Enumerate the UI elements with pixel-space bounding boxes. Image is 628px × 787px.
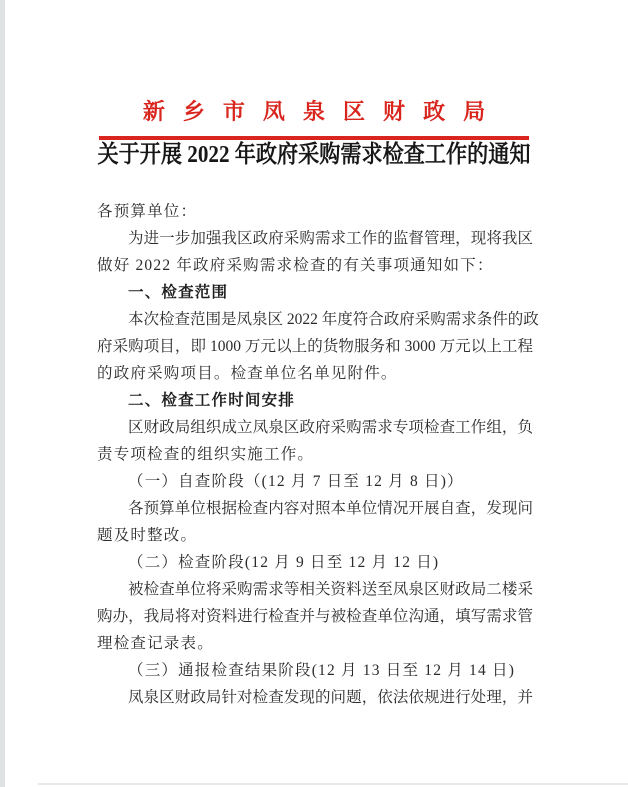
section-1-line-3: 的政府采购项目。检查单位名单见附件。 <box>97 360 533 387</box>
section-2-line-2: 责专项检查的组织实施工作。 <box>97 441 533 468</box>
section-2-heading: 二、检查工作时间安排 <box>97 387 533 414</box>
section-1-line-2: 府采购项目，即 1000 万元以上的货物服务和 3000 万元以上工程 <box>97 333 533 360</box>
phase-2-line-2: 购办，我局将对资料进行检查并与被检查单位沟通，填写需求管 <box>97 603 533 630</box>
section-1-heading: 一、检查范围 <box>97 279 533 306</box>
phase-2-heading: （二）检查阶段(12 月 9 日至 12 月 12 日) <box>97 549 533 576</box>
agency-name: 新乡市凤泉区财政局 <box>96 99 532 125</box>
document-title: 关于开展 2022 年政府采购需求检查工作的通知 <box>98 140 531 170</box>
document-header: 新乡市凤泉区财政局 关于开展 2022 年政府采购需求检查工作的通知 <box>96 0 532 190</box>
phase-1-line-2: 题及时整改。 <box>97 522 533 549</box>
section-2-line-1: 区财政局组织成立凤泉区政府采购需求专项检查工作组，负 <box>97 414 533 441</box>
phase-2-line-3: 理检查记录表。 <box>97 630 533 657</box>
phase-3-heading: （三）通报检查结果阶段(12 月 13 日至 12 月 14 日) <box>97 657 533 684</box>
section-1-line-1: 本次检查范围是凤泉区 2022 年度符合政府采购需求条件的政 <box>97 306 533 333</box>
intro-line-1: 为进一步加强我区政府采购需求工作的监督管理，现将我区 <box>97 225 533 252</box>
phase-2-line-1: 被检查单位将采购需求等相关资料送至凤泉区财政局二楼采 <box>97 576 533 603</box>
document-page: 新乡市凤泉区财政局 关于开展 2022 年政府采购需求检查工作的通知 各预算单位… <box>0 0 628 787</box>
document-body: 各预算单位： 为进一步加强我区政府采购需求工作的监督管理，现将我区 做好 202… <box>97 198 533 711</box>
document-title-row: 关于开展 2022 年政府采购需求检查工作的通知 <box>96 140 532 170</box>
phase-1-line-1: 各预算单位根据检查内容对照本单位情况开展自查，发现问 <box>97 495 533 522</box>
phase-3-line-1: 凤泉区财政局针对检查发现的问题，依法依规进行处理，并 <box>97 684 533 711</box>
intro-line-2: 做好 2022 年政府采购需求检查的有关事项通知如下： <box>97 252 533 279</box>
viewer-left-edge <box>0 0 5 787</box>
page-bottom-edge <box>38 783 628 785</box>
phase-1-heading: （一）自查阶段（(12 月 7 日至 12 月 8 日)） <box>97 468 533 495</box>
salutation-line: 各预算单位： <box>97 198 533 225</box>
